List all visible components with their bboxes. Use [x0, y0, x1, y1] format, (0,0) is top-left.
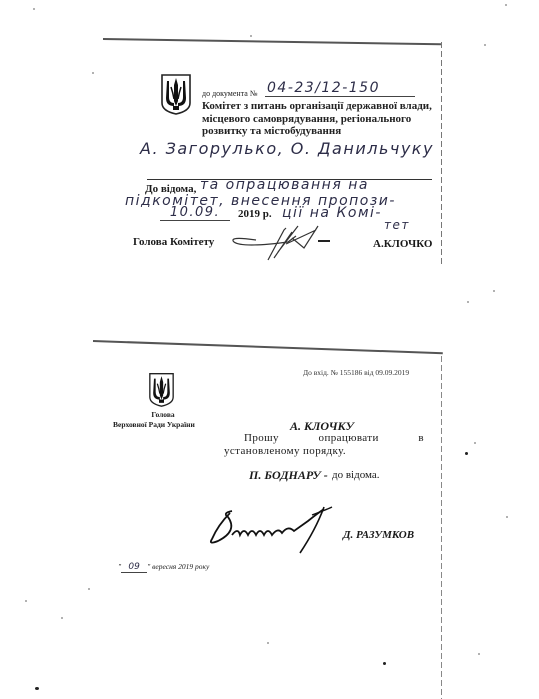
- secondary-addressee-note: до відома.: [332, 469, 380, 481]
- committee-name: Комітет з питань організації державної в…: [202, 100, 442, 138]
- secondary-addressee: П. БОДНАРУ -: [249, 468, 328, 483]
- scan-speck: [467, 301, 469, 303]
- scan-speck: [92, 72, 94, 74]
- instruction-text: Прошу опрацювати в установленому порядку…: [224, 432, 424, 458]
- date-day-handwritten: 09: [121, 562, 147, 573]
- scan-speck: [267, 642, 269, 644]
- scan-speck: [250, 35, 252, 37]
- sender-institution: Верховної Ради України: [113, 420, 195, 429]
- sender-title: Голова: [148, 410, 178, 419]
- scan-speck: [61, 617, 63, 619]
- handwritten-note-line: тет: [384, 218, 410, 232]
- scan-speck: [478, 653, 480, 655]
- scan-speck: [484, 44, 486, 46]
- resolution-date: 10.09.: [160, 205, 230, 221]
- scan-speck: [506, 516, 508, 518]
- handwritten-signature-icon: [226, 222, 326, 264]
- note-right-edge: [441, 356, 442, 699]
- handwritten-signature-icon: [208, 505, 343, 555]
- scan-speck: [493, 290, 495, 292]
- note-top-edge: [93, 340, 443, 354]
- scan-speck: [35, 687, 39, 690]
- signer-name: Д. РАЗУМКОВ: [343, 529, 414, 541]
- scan-speck: [88, 588, 90, 590]
- scan-speck: [474, 442, 476, 444]
- ukraine-trident-emblem-icon: [148, 372, 175, 407]
- incoming-reference: До вхід. № 155186 від 09.09.2019: [303, 368, 409, 377]
- signer-name: А.КЛОЧКО: [373, 238, 432, 250]
- handwritten-note-line: ції на Комі-: [282, 205, 382, 221]
- handwritten-note-line: та опрацювання на: [200, 177, 369, 193]
- scan-speck: [33, 8, 35, 10]
- signature-dash: [318, 240, 330, 242]
- committee-head-label: Голова Комітету: [133, 236, 214, 248]
- ukraine-trident-emblem-icon: [160, 73, 192, 115]
- document-number-value: 04-23/12-150: [265, 80, 415, 97]
- scan-speck: [465, 452, 468, 455]
- note-right-edge: [441, 42, 442, 264]
- document-number-label: до документа №: [202, 89, 257, 98]
- scan-speck: [505, 4, 507, 6]
- handwritten-addressees: А. Загорулько, О. Данильчуку: [140, 139, 434, 158]
- date-month-year: " вересня 2019 року: [147, 562, 209, 571]
- scan-speck: [25, 600, 27, 602]
- scan-speck: [383, 662, 386, 665]
- resolution-date: "09" вересня 2019 року: [118, 562, 209, 573]
- resolution-year: 2019 р.: [238, 208, 272, 220]
- note-top-edge: [103, 38, 441, 45]
